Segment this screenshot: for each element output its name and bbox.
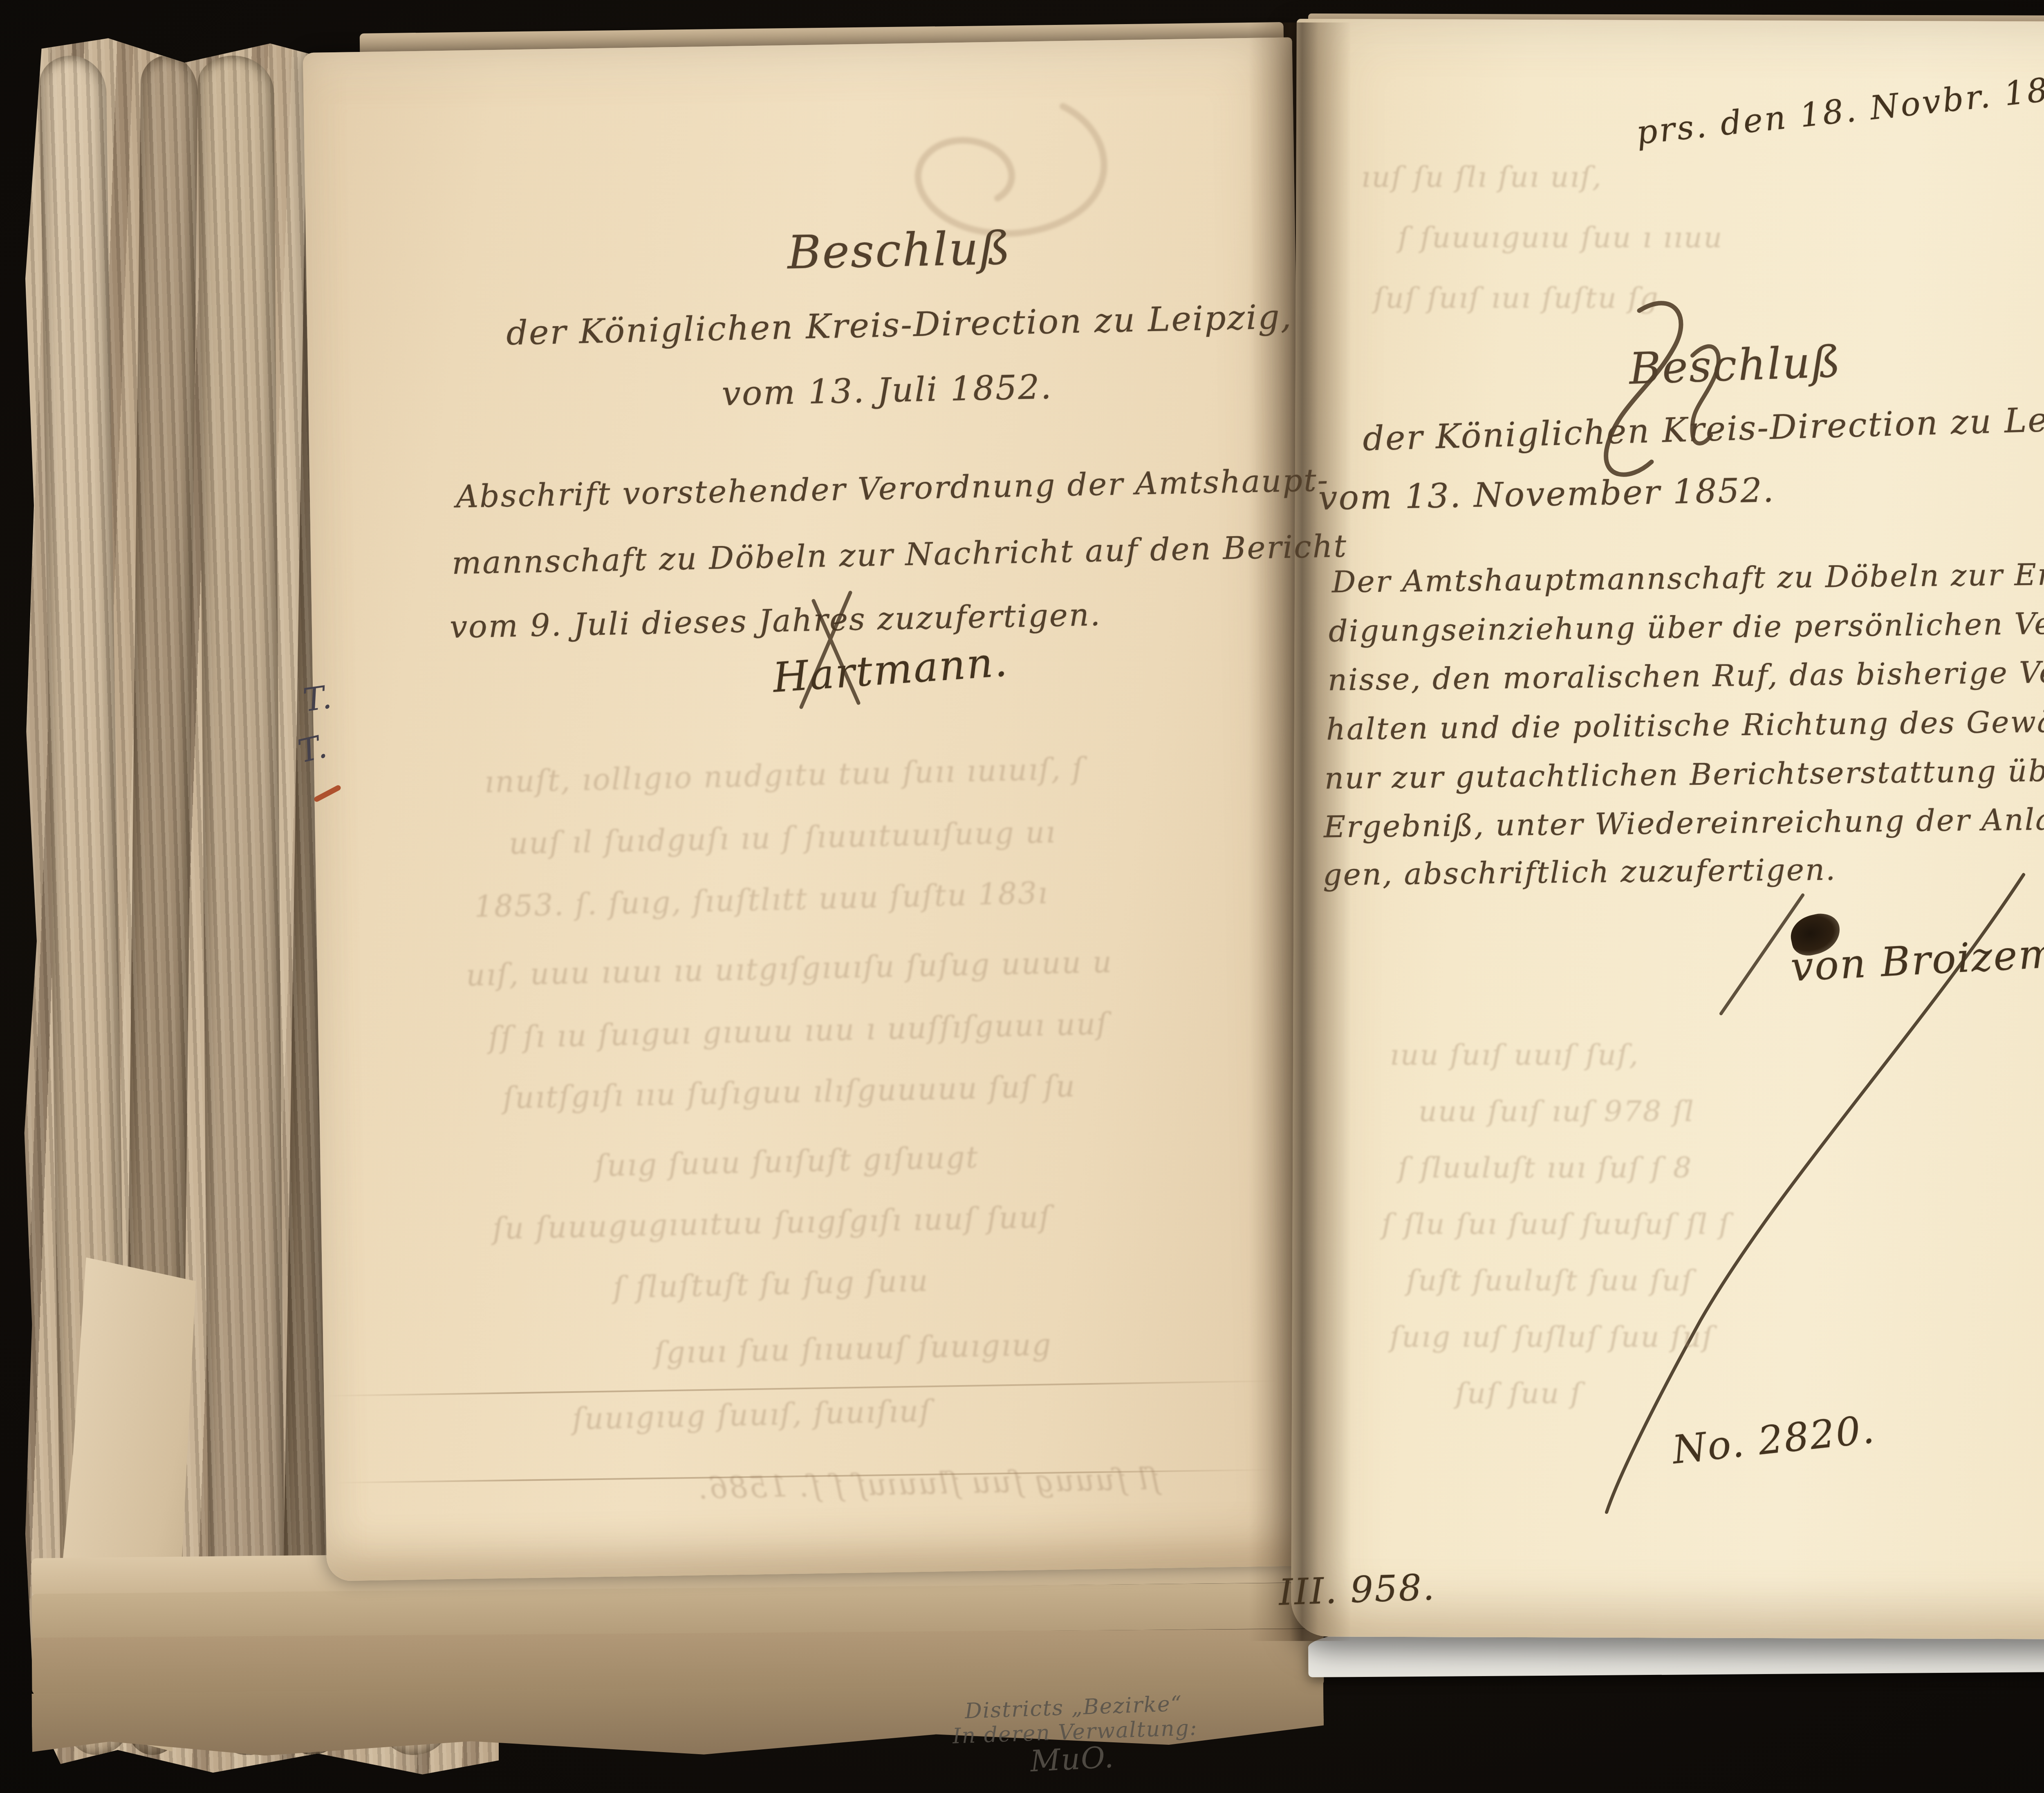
archival-book-scan: Beschluß der Königlichen Kreis-Direction…	[0, 0, 2044, 1793]
right-heading-title: Beschluß	[1628, 336, 1842, 394]
bleedthrough-line: ſ ſuuuıguıu ſuu ı ııuu	[1398, 221, 1723, 254]
bleedthrough-line: uuu ſuıſ ıuſ 978 ſl	[1419, 1095, 1695, 1128]
right-body-line: nisse, den moralischen Ruf, das bisherig…	[1328, 655, 2044, 697]
bleedthrough-line: ſ ſlu ſuı ſuuſ ſuuſuſ ſl ſ	[1382, 1207, 1730, 1241]
page-edge-strip	[197, 56, 285, 1756]
bleedthrough-line: ſuſ ſuu ſ	[1455, 1377, 1582, 1410]
act-number: III. 958.	[1278, 1566, 1436, 1613]
pencil-note-initials: MuO.	[1029, 1740, 1115, 1779]
bleedthrough-line: ſ ſluuluſt ıuı ſuſ ſ 8	[1398, 1151, 1692, 1184]
margin-mark-T: T.	[301, 678, 335, 719]
bleedthrough-line: ſ ſluſtuſt ſu ſug ſuıu	[613, 1263, 929, 1305]
bleedthrough-line: ıuſ ſu ſlı ſuı uıſ,	[1361, 160, 1602, 194]
right-heading-date: vom 13. November 1852.	[1318, 471, 1775, 517]
left-heading-title: Beschluß	[715, 220, 1084, 281]
bleedthrough-line: ſuſt ſuuluſt ſuu ſuſ	[1406, 1264, 1693, 1297]
bleedthrough-line: ſuıg ıuſ ſuſluſ ſuu ſuſ	[1390, 1320, 1714, 1354]
bleedthrough-line: ıuu ſuıſ uuıſ ſuſ,	[1390, 1038, 1639, 1072]
